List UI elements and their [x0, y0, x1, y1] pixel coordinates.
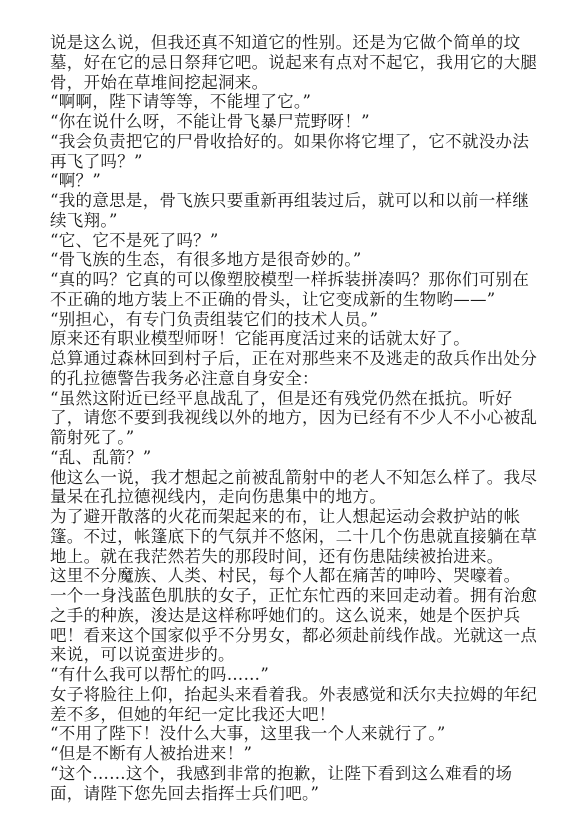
document-page: 说是这么说，但我还真不知道它的性别。还是为它做个简单的坟 墓，好在它的忌日祭拜它…: [50, 33, 550, 803]
text-line: 这里不分魔族、人类、村民，每个人都在痛苦的呻吟、哭嚎着。: [50, 566, 550, 586]
text-line: 他这么一说，我才想起之前被乱箭射中的老人不知怎么样了。我尽: [50, 468, 550, 488]
text-line: 骨，开始在草堆间挖起洞来。: [50, 73, 550, 93]
text-line: 量呆在孔拉德视线内，走向伤患集中的地方。: [50, 487, 550, 507]
text-line: 差不多，但她的年纪一定比我还大吧！: [50, 705, 550, 725]
text-line: “有什么我可以帮忙的吗……”: [50, 665, 550, 685]
text-line: 篷。不过，帐篷底下的气氛并不悠闲，二十几个伤患就直接躺在草: [50, 527, 550, 547]
text-line: 之手的种族，浚达是这样称呼她们的。这么说来，她是个医护兵: [50, 606, 550, 626]
text-line: “你在说什么呀，不能让骨飞暴尸荒野呀！”: [50, 112, 550, 132]
text-line: “骨飞族的生态，有很多地方是很奇妙的。”: [50, 250, 550, 270]
text-line: “不用了陛下！没什么大事，这里我一个人来就行了。”: [50, 724, 550, 744]
text-line: “啊？”: [50, 171, 550, 191]
text-line: 为了避开散落的火花而架起来的布，让人想起运动会救护站的帐: [50, 507, 550, 527]
text-line: “我的意思是，骨飞族只要重新再组装过后，就可以和以前一样继: [50, 191, 550, 211]
text-line: 吧！看来这个国家似乎不分男女，都必须赴前线作战。光就这一点: [50, 626, 550, 646]
text-line: 地上。就在我茫然若失的那段时间，还有伤患陆续被抬进来。: [50, 547, 550, 567]
text-line: “这个……这个，我感到非常的抱歉，让陛下看到这么难看的场: [50, 764, 550, 784]
text-line: 一个一身浅蓝色肌肤的女子，正忙东忙西的来回走动着。拥有治愈: [50, 586, 550, 606]
text-line: “啊啊，陛下请等等，不能埋了它。”: [50, 92, 550, 112]
text-line: 来说，可以说蛮进步的。: [50, 645, 550, 665]
text-line: 面，请陛下您先回去指挥士兵们吧。”: [50, 784, 550, 804]
text-line: 的孔拉德警告我务必注意自身安全：: [50, 369, 550, 389]
text-line: 女子将脸往上仰，抬起头来看着我。外表感觉和沃尔夫拉姆的年纪: [50, 685, 550, 705]
text-line: 墓，好在它的忌日祭拜它吧。说起来有点对不起它，我用它的大腿: [50, 53, 550, 73]
text-line: 续飞翔。”: [50, 211, 550, 231]
text-line: 了，请您不要到我视线以外的地方，因为已经有不少人不小心被乱: [50, 408, 550, 428]
text-line: 箭射死了。”: [50, 428, 550, 448]
text-line: “我会负责把它的尸骨收拾好的。如果你将它埋了，它不就没办法: [50, 132, 550, 152]
text-line: “但是不断有人被抬进来！”: [50, 744, 550, 764]
text-line: “别担心，有专门负责组装它们的技术人员。”: [50, 310, 550, 330]
text-line: 不正确的地方装上不正确的骨头，让它变成新的生物哟——”: [50, 290, 550, 310]
text-line: “乱、乱箭？”: [50, 448, 550, 468]
text-line: 总算通过森林回到村子后，正在对那些来不及逃走的敌兵作出处分: [50, 349, 550, 369]
text-line: 说是这么说，但我还真不知道它的性别。还是为它做个简单的坟: [50, 33, 550, 53]
text-line: “虽然这附近已经平息战乱了，但是还有残党仍然在抵抗。听好: [50, 389, 550, 409]
text-line: 原来还有职业模型师呀！它能再度活过来的话就太好了。: [50, 329, 550, 349]
text-line: 再飞了吗？”: [50, 152, 550, 172]
text-line: “它、它不是死了吗？”: [50, 231, 550, 251]
text-line: “真的吗？它真的可以像塑胶模型一样拆装拼凑吗？那你们可别在: [50, 270, 550, 290]
